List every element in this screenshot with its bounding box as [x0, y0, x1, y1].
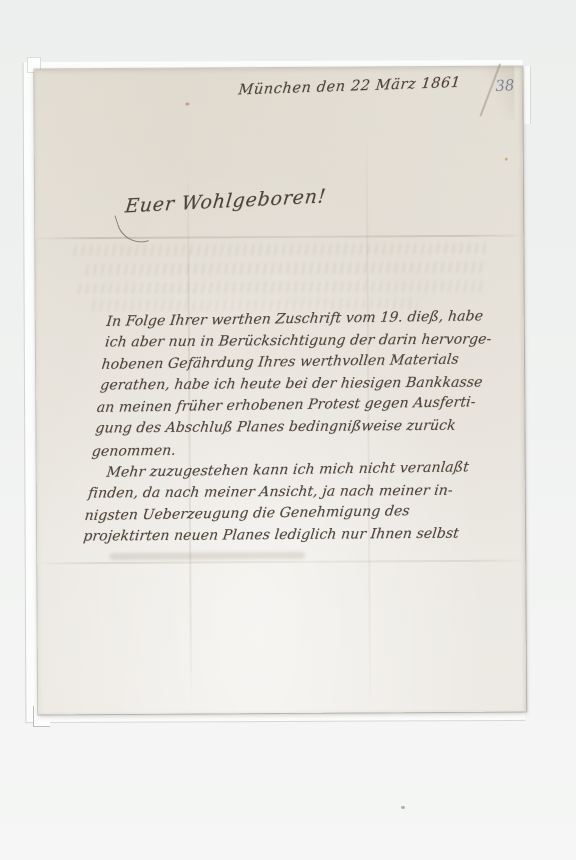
ink-smudge [109, 552, 305, 560]
salutation: Euer Wohlgeboren! [124, 185, 327, 217]
letter-dateline: München den 22 März 1861 [238, 75, 462, 99]
ghost-text-line [74, 281, 486, 295]
backing-sheet-right-edge [524, 66, 531, 124]
archive-page-number: 38 [495, 76, 515, 95]
horizontal-fold-crease-upper [37, 235, 521, 240]
ghost-text-line [81, 262, 483, 275]
ghost-text-line [69, 243, 487, 257]
paper-speck [185, 103, 189, 106]
background-speck [401, 806, 405, 809]
paragraph: In Folge Ihrer werthen Zuschrift vom 19.… [91, 307, 512, 462]
paper-speck [505, 158, 508, 161]
horizontal-fold-crease-lower [39, 560, 523, 565]
paragraph: Mehr zuzugestehen kann ich mich nicht ve… [81, 458, 495, 549]
handwriting-block: In Folge Ihrer werthen Zuschrift vom 19.… [81, 307, 512, 549]
handwritten-line: projektirten neuen Planes lediglich nur … [82, 523, 489, 548]
photograph-background: München den 22 März 1861 38 Euer Wohlgeb… [0, 0, 576, 860]
letter-page: München den 22 März 1861 38 Euer Wohlgeb… [34, 67, 526, 715]
